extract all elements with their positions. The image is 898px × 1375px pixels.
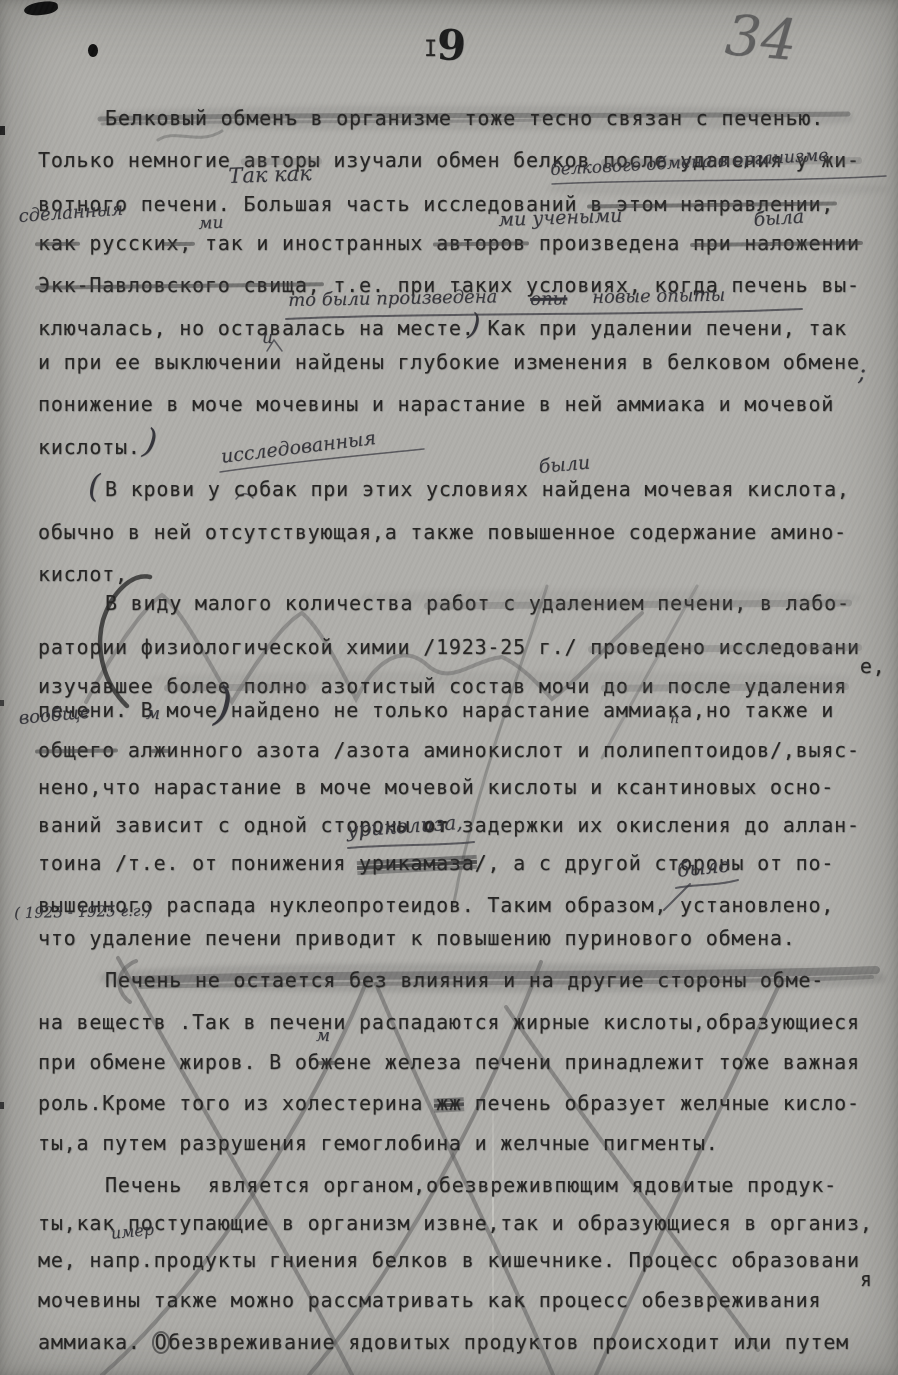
typed-line: мочевины также можно рассматривать как п… [38, 1288, 821, 1312]
typed-line: ты,а путем разрушения гемоглобина и желч… [38, 1131, 719, 1155]
handwritten-annotation: сделанныя [18, 201, 124, 226]
typed-line: ратории физиологической химии /1923-25 г… [38, 635, 886, 659]
typed-segment: Как при удалении печени, так [475, 316, 847, 340]
typed-segment-sthand: жж [436, 1091, 462, 1115]
typed-segment: ме, напр.продукты гниения белков в кишеч… [38, 1248, 860, 1272]
handwritten-annotation: были [538, 454, 591, 477]
typed-line: Печень не остается без влияния и на друг… [105, 968, 824, 992]
typed-segment: что удаление печени приводит к повышению… [38, 926, 796, 950]
typed-segment: при обмене жиров. В об [38, 1050, 321, 1074]
typed-line: ключалась, но оставалась на месте. Как п… [38, 316, 847, 340]
typed-segment: инного азота /азота аминокислот и полипе… [166, 738, 859, 762]
typed-segment: В виду малого количества [105, 591, 426, 615]
typed-segment: В крови у собак при этих условиях найден… [105, 477, 850, 501]
handwritten-annotation: имер [110, 1221, 155, 1241]
handwritten-annotation: было [676, 854, 731, 879]
typed-segment: кислоты. [38, 435, 141, 459]
typed-segment: так и иностранных [192, 231, 436, 255]
typed-line: при обмене жиров. В обжене железа печени… [38, 1050, 860, 1074]
scan-artifact [0, 700, 4, 706]
scan-artifact [0, 126, 5, 135]
typed-segment: /, а с другой стороны от по- [475, 851, 835, 875]
typed-segment: азотистый состав мочи [308, 674, 603, 698]
typed-segment: Только немногие [38, 148, 243, 172]
typed-segment: безвреживание ядовитых продуктов происхо… [168, 1330, 849, 1354]
typed-segment-stl: до и после удаления [603, 674, 847, 698]
scan-artifact [88, 44, 98, 57]
typed-segment: роль.Кроме того из холестерина [38, 1091, 436, 1115]
typed-line: общего алжинного азота /азота аминокисло… [38, 738, 860, 762]
typed-line: вышенного распада нуклеопротеидов. Таким… [38, 893, 834, 917]
typed-segment-sub: е, [860, 654, 886, 678]
typed-line: аммиака. Обезвреживание ядовитых продукт… [38, 1330, 849, 1354]
handwritten-annotation: п [670, 712, 679, 726]
handwritten-annotation: ми [198, 215, 224, 233]
typed-segment-sub: я [860, 1267, 873, 1291]
typed-segment: обычно в ней отсутствующая,а также повыш… [38, 520, 847, 544]
handwritten-annotation: и [262, 330, 273, 347]
typed-line: В крови у собак при этих условиях найден… [105, 477, 850, 501]
typed-segment: и при ее выключении найдены глубокие изм… [38, 350, 860, 374]
typed-line: как русских, так и иностранных авторов п… [38, 231, 860, 255]
typed-segment: ты,а путем разрушения гемоглобина и желч… [38, 1131, 719, 1155]
typed-segment-stl: проведено исследовани [590, 635, 860, 659]
typed-segment: печень образует желчные кисло- [462, 1091, 860, 1115]
typed-segment: нено,что нарастание в моче мочевой кисло… [38, 775, 834, 799]
typed-segment-st: авторов [436, 231, 526, 255]
handwritten-annotation: м [146, 706, 160, 723]
typed-segment: задержки их окисления до аллан- [449, 813, 860, 837]
typed-segment-st: ж [154, 738, 167, 762]
handwritten-annotation: вообще [18, 704, 91, 728]
handwritten-annotation: опы [530, 290, 567, 309]
typed-segment: Печень является органом,обезвреживпющим … [105, 1173, 837, 1197]
typed-segment: изучавшее [38, 674, 166, 698]
typed-line: на веществ .Так в печени распадаются жир… [38, 1010, 860, 1034]
typed-line: вотного печени. Большая часть исследован… [38, 192, 834, 216]
typed-segment-st: как [38, 231, 77, 255]
typed-line: Печень является органом,обезвреживпющим … [105, 1173, 837, 1197]
handwritten-annotation: м [316, 1028, 330, 1045]
typed-segment-sthand: урикамаза [359, 851, 475, 875]
typed-segment: Печень не остается без влияния и на друг… [105, 968, 824, 992]
typed-segment: ты,как поступающие в организм извне,так … [38, 1211, 873, 1235]
typed-segment: русски [77, 231, 167, 255]
handwritten-annotation: ( [88, 470, 100, 502]
typed-segment: мочевины также можно рассматривать как п… [38, 1288, 821, 1312]
typed-segment: вышенного распада нуклеопротеидов. Таким… [38, 893, 834, 917]
typed-segment: ключалась, но оставалась на месте. [38, 316, 475, 340]
typed-line: ме, напр.продукты гниения белков в кишеч… [38, 1248, 873, 1272]
typed-line: изучавшее более полно азотистый состав м… [38, 674, 847, 698]
typed-segment: произведена [526, 231, 693, 255]
typed-segment: Белковый обменъ в организме тоже тесно с… [105, 106, 824, 130]
typed-line: Белковый обменъ в организме тоже тесно с… [105, 106, 824, 130]
handwritten-annotation: новые опыты [592, 287, 725, 307]
typed-segment-st: при наложении [693, 231, 860, 255]
handwritten-annotation: исследованныя [220, 429, 377, 467]
handwritten-annotation: ми учеными [498, 207, 623, 230]
handwritten-annotation: была [753, 207, 805, 229]
document-page: I 9 34 [0, 0, 898, 1375]
typed-segment: ене железа печени принадлежит тоже важна… [333, 1050, 859, 1074]
typed-segment: ал [115, 738, 154, 762]
typed-segment: аммиака. [38, 1330, 154, 1354]
typed-segment-st: х, [166, 231, 192, 255]
page-number-handwritten: 9 [436, 24, 467, 67]
typed-segment: понижение в моче мочевины и нарастание в… [38, 392, 834, 416]
typed-segment-st: общего [38, 738, 115, 762]
handwritten-annotation: Так как [228, 163, 312, 187]
typed-line: обычно в ней отсутствующая,а также повыш… [38, 520, 847, 544]
handwritten-annotation: ( 1923 - 1925 г.г.) [14, 904, 151, 921]
typed-segment: на веществ .Так в печени распадаются жир… [38, 1010, 860, 1034]
handwritten-annotation: ) [213, 680, 234, 727]
typed-segment-stl: работ с удалением печени, в лабо- [426, 591, 850, 615]
scan-artifact [0, 1102, 4, 1109]
typed-line: В виду малого количества работ с удалени… [105, 591, 850, 615]
scan-artifact [23, 0, 58, 16]
typed-segment: тоина /т.е. от понижения [38, 851, 359, 875]
handwritten-annotation: то были произведена [288, 288, 497, 310]
typed-line: и при ее выключении найдены глубокие изм… [38, 350, 860, 374]
handwritten-annotation: ; [858, 360, 866, 384]
typed-segment: найдено не только нарастание аммиака,но … [231, 698, 835, 722]
handwritten-annotation: ) [141, 424, 159, 460]
typed-segment: ратории физиологической химии /1923-25 г… [38, 635, 590, 659]
typed-segment-st: ж [321, 1050, 334, 1074]
typed-line: что удаление печени приводит к повышению… [38, 926, 796, 950]
typed-line: нено,что нарастание в моче мочевой кисло… [38, 775, 834, 799]
sheet-number-pencil: 34 [723, 8, 799, 70]
typed-line: понижение в моче мочевины и нарастание в… [38, 392, 834, 416]
typed-line: кислоты. [38, 435, 141, 459]
typed-segment: кислот, [38, 562, 128, 586]
typed-line: роль.Кроме того из холестерина жж печень… [38, 1091, 860, 1115]
typed-line: ты,как поступающие в организм извне,так … [38, 1211, 873, 1235]
typed-segment-stl: более полно [166, 674, 307, 698]
typed-line: кислот, [38, 562, 128, 586]
typed-segment-st: Экк-Павловского свища, [38, 273, 321, 297]
